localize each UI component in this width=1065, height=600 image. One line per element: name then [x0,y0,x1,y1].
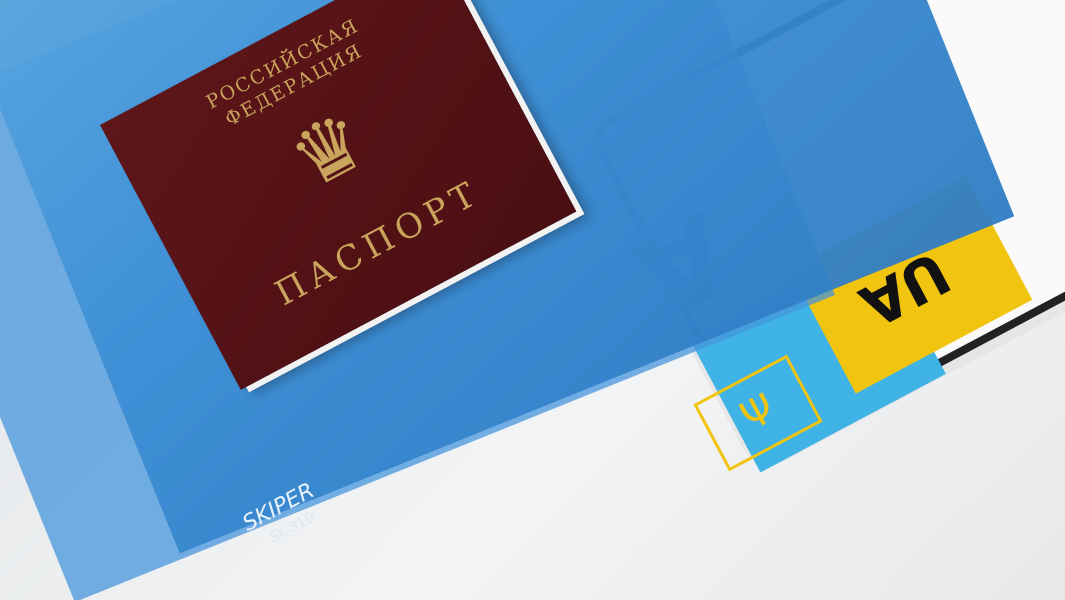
photo-scene: Ψ UA A SKIPER SK-310 РОССИЙСКАЯ ФЕДЕРАЦИ… [0,0,1065,600]
